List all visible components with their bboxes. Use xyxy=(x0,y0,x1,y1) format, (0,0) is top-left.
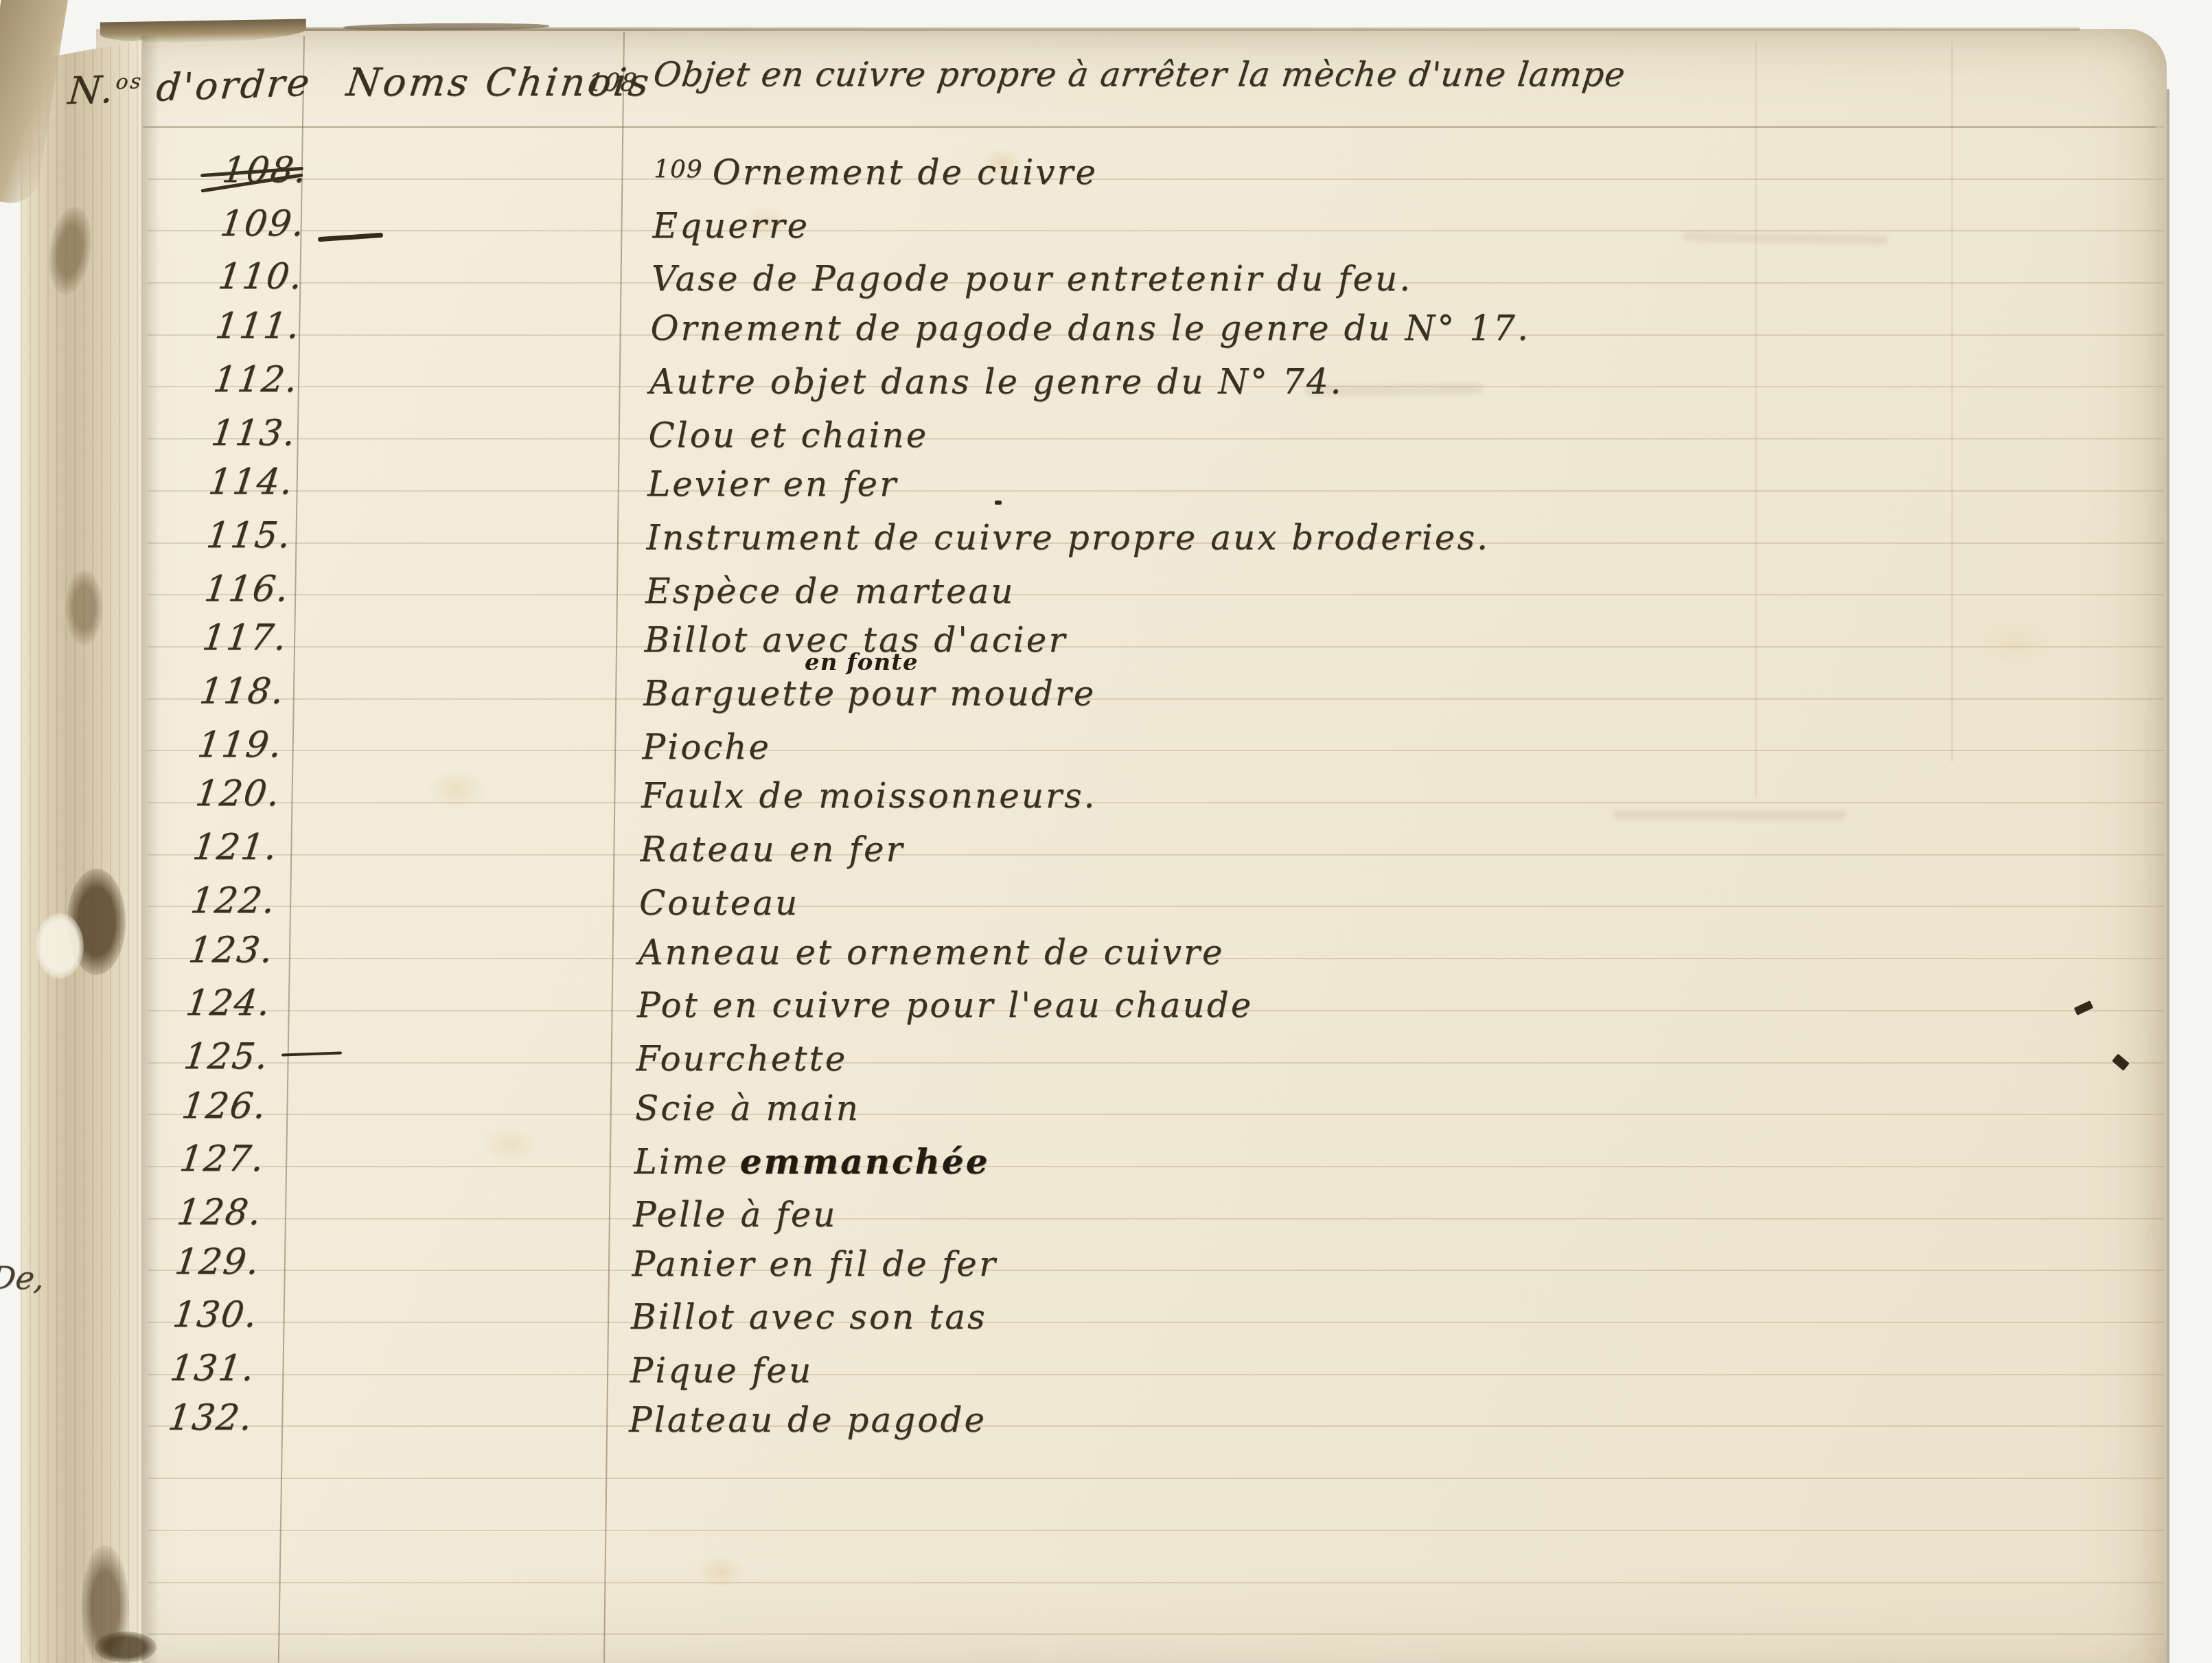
column-header-ordre: N.os d'ordre xyxy=(67,60,314,113)
table-row-description: Faulx de moissonneurs. xyxy=(641,776,1096,816)
order-number: 127. xyxy=(177,1138,267,1180)
description-text: Pioche xyxy=(643,727,772,767)
gutter-blotch xyxy=(95,1631,157,1663)
first-entry-text: Objet en cuivre propre à arrêter la mèch… xyxy=(652,55,1628,94)
order-number: 118. xyxy=(198,671,288,712)
order-number: 130. xyxy=(170,1294,260,1335)
table-row-description: Pot en cuivre pour l'eau chaude xyxy=(637,985,1253,1025)
bleedthrough-rule xyxy=(1951,41,1953,762)
table-row-number: 131. xyxy=(77,1348,255,1389)
description-text: Clou et chaine xyxy=(649,415,929,455)
table-row-number: 119. xyxy=(104,724,283,766)
ink-speck xyxy=(995,501,1002,505)
header-ordre-sup: os xyxy=(115,69,144,94)
order-number: 121. xyxy=(191,827,281,868)
table-row-number: 130. xyxy=(79,1294,257,1335)
description-text: Fourchette xyxy=(636,1039,848,1079)
table-row-number: 108. xyxy=(129,150,308,191)
description-text: Pot en cuivre pour l'eau chaude xyxy=(637,985,1253,1025)
table-row-number: 127. xyxy=(86,1138,264,1180)
description-text: Billot avec son tas xyxy=(631,1297,987,1337)
description-text: Rateau en fer xyxy=(641,829,905,869)
table-row-number: 113. xyxy=(118,413,297,454)
first-entry-number: 108 xyxy=(586,69,638,97)
table-row-number: 114. xyxy=(115,461,294,503)
table-row-description: Couteau xyxy=(639,883,799,923)
table-row-description: Instrument de cuivre propre aux broderie… xyxy=(647,518,1490,558)
order-number: 115. xyxy=(204,515,294,556)
description-text: Ornement de cuivre xyxy=(713,152,1098,192)
table-row-number: 110. xyxy=(124,256,303,297)
description-text: Espèce de marteau xyxy=(645,571,1015,611)
table-row-description: Equerre xyxy=(653,206,810,246)
table-row-description: Billot avec son tas xyxy=(631,1297,987,1337)
description-text: Pique feu xyxy=(630,1351,814,1390)
table-row-number: 128. xyxy=(84,1192,262,1233)
table-row-number: 117. xyxy=(108,617,287,658)
table-row-description: Rateau en fer xyxy=(641,829,905,869)
order-number: 124. xyxy=(184,983,274,1024)
table-row-number: 116. xyxy=(111,569,290,610)
paper-top-edge xyxy=(295,27,2080,31)
table-row-description: Espèce de marteau xyxy=(645,571,1015,611)
order-number: 132. xyxy=(165,1397,255,1438)
order-number: 119. xyxy=(195,724,285,766)
table-row-description: Limeemmanchée xyxy=(634,1141,990,1182)
table-row-number: 125. xyxy=(91,1036,269,1077)
order-number: 125. xyxy=(181,1036,271,1077)
description-text: Levier en fer xyxy=(647,464,898,504)
header-ordre-n: N. xyxy=(67,67,117,113)
description-text: pour moudre xyxy=(847,674,1096,713)
table-row-number: 109. xyxy=(127,203,306,244)
table-row-number: 123. xyxy=(95,930,274,971)
table-row-description: Barguetteen fontepour moudre xyxy=(643,674,1096,713)
table-row-number: 118. xyxy=(106,671,285,712)
gutter-tear-highlight xyxy=(36,913,84,978)
interline-insertion: en fonte xyxy=(805,649,919,676)
description-text: Panier en fil de fer xyxy=(632,1244,998,1284)
table-row-description: Panier en fil de fer xyxy=(632,1244,998,1284)
table-row-description: Fourchette xyxy=(636,1039,848,1079)
description-text: Ornement de pagode dans le genre du N° 1… xyxy=(651,308,1530,348)
order-number: 129. xyxy=(172,1241,262,1283)
table-row-number: 132. xyxy=(75,1397,253,1438)
table-row-description: Vase de Pagode pour entretenir du feu. xyxy=(652,259,1412,299)
order-number: 126. xyxy=(179,1086,269,1127)
table-row-number: 129. xyxy=(82,1241,260,1283)
order-number: 114. xyxy=(207,461,297,503)
table-row-description: Anneau et ornement de cuivre xyxy=(638,932,1225,972)
description-text: Lime xyxy=(634,1142,729,1182)
table-row-number: 115. xyxy=(113,515,292,556)
order-number: 113. xyxy=(209,413,299,454)
ruled-lines xyxy=(148,126,2164,1663)
renumber-annotation: 109 xyxy=(654,155,703,183)
description-text: Couteau xyxy=(639,883,799,923)
table-row-description: 109Ornement de cuivre xyxy=(654,152,1098,192)
bleedthrough-smudge xyxy=(1613,810,1847,820)
description-text: Autre objet dans le genre du N° 74. xyxy=(649,362,1343,402)
description-text: Faulx de moissonneurs. xyxy=(641,776,1096,816)
order-number: 110. xyxy=(216,256,306,297)
table-row-description: Clou et chaine xyxy=(649,415,929,455)
order-number: 109. xyxy=(218,203,308,244)
table-row-description: Pioche xyxy=(643,727,772,767)
header-ordre-rest: d'ordre xyxy=(154,60,313,110)
table-row-description: Scie à main xyxy=(635,1088,860,1128)
table-row-number: 126. xyxy=(89,1086,267,1127)
description-text: Scie à main xyxy=(635,1088,860,1128)
table-row-number: 111. xyxy=(122,306,301,347)
table-row-number: 124. xyxy=(93,983,271,1024)
margin-note: De, xyxy=(0,1259,47,1296)
description-text: Instrument de cuivre propre aux broderie… xyxy=(647,518,1490,558)
table-row-number: 122. xyxy=(97,880,276,921)
table-row-description: Autre objet dans le genre du N° 74. xyxy=(649,362,1343,402)
order-number: 122. xyxy=(188,880,278,921)
paper-right-edge xyxy=(2167,89,2169,1663)
description-text: Vase de Pagode pour entretenir du feu. xyxy=(652,259,1412,299)
table-row-description: Ornement de pagode dans le genre du N° 1… xyxy=(651,308,1530,348)
table-row-number: 120. xyxy=(102,773,280,814)
table-row-description: Plateau de pagode xyxy=(629,1400,987,1440)
darker-ink-addition: emmanchée xyxy=(740,1141,990,1182)
table-row-description: Pelle à feu xyxy=(633,1195,837,1235)
order-number: 111. xyxy=(214,306,303,347)
order-number: 112. xyxy=(211,359,301,400)
bleedthrough-rule xyxy=(1755,41,1757,796)
table-row-description: Pique feu xyxy=(630,1351,814,1390)
order-number: 128. xyxy=(175,1192,265,1233)
description-text: Anneau et ornement de cuivre xyxy=(638,932,1225,972)
description-text: Equerre xyxy=(653,206,810,246)
order-number: 116. xyxy=(202,569,292,610)
table-row-number: 112. xyxy=(120,359,299,400)
order-number: 117. xyxy=(200,617,290,658)
scanned-ledger-page: N.os d'ordre Noms Chinois 108 Objet en c… xyxy=(0,0,2212,1663)
order-number: 123. xyxy=(186,930,276,971)
header-underline xyxy=(41,126,2156,128)
table-row-description: Levier en fer xyxy=(647,464,898,504)
description-text: Pelle à feu xyxy=(633,1195,837,1235)
gutter-blotch xyxy=(65,570,103,645)
description-text: Plateau de pagode xyxy=(629,1400,987,1440)
order-number: 131. xyxy=(168,1348,258,1389)
order-number: 120. xyxy=(193,773,283,814)
table-row-number: 121. xyxy=(100,827,278,868)
description-text: Barguette xyxy=(643,674,836,713)
